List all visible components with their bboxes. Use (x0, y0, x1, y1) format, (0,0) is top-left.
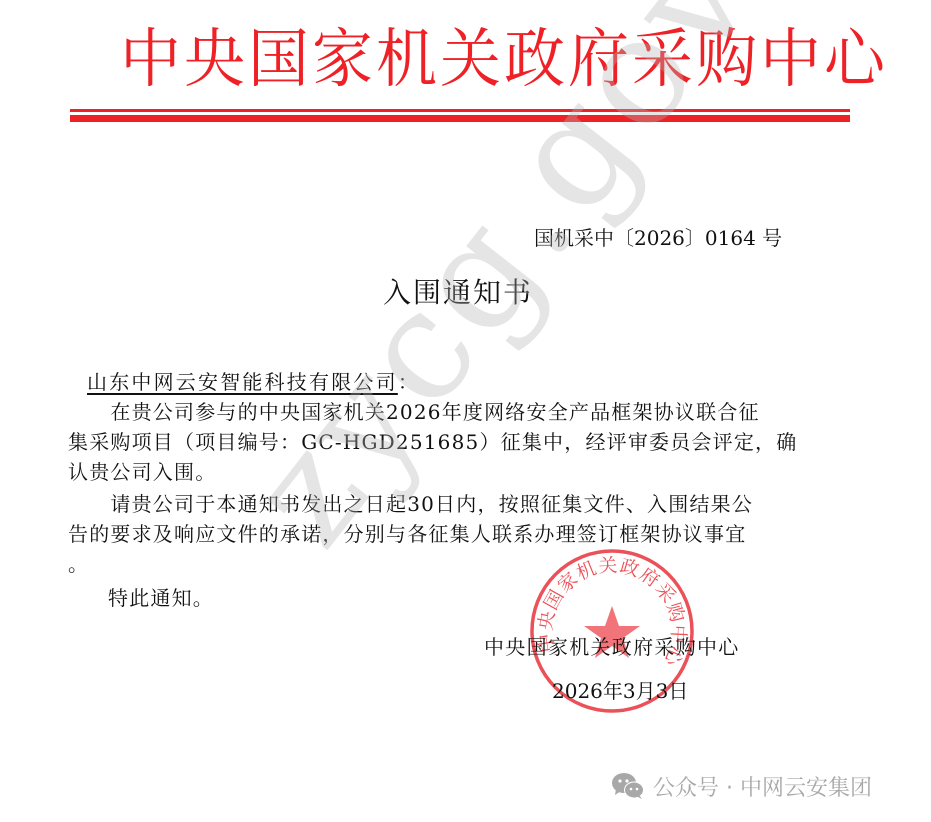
addressee: 山东中网云安智能科技有限公司： (87, 367, 420, 397)
paragraph-line: 在贵公司参与的中央国家机关2026年度网络安全产品框架协议联合征 (68, 397, 838, 427)
masthead-title: 中央国家机关政府采购中心 (120, 18, 810, 102)
signer-organization: 中央国家机关政府采购中心 (484, 632, 740, 662)
header-divider-thick (70, 115, 850, 122)
paragraph-line: 。 (68, 549, 838, 579)
footer-brand: 公众号 · 中网云安集团 (611, 770, 872, 802)
addressee-name: 山东中网云安智能科技有限公司 (87, 370, 398, 394)
wechat-icon (611, 772, 645, 800)
paragraph-line: 集采购项目（项目编号：GC-HGD251685）征集中，经评审委员会评定，确 (68, 427, 838, 457)
footer-label: 公众号 · 中网云安集团 (653, 771, 872, 802)
addressee-colon: ： (398, 370, 420, 394)
paragraph-line: 告的要求及响应文件的承诺，分别与各征集人联系办理签订框架协议事宜 (68, 519, 838, 549)
paragraph-line: 请贵公司于本通知书发出之日起30日内，按照征集文件、入围结果公 (68, 489, 838, 519)
document-title: 入围通知书 (383, 275, 533, 311)
paragraph-instructions: 请贵公司于本通知书发出之日起30日内，按照征集文件、入围结果公 告的要求及响应文… (68, 489, 838, 579)
paragraph-line: 认贵公司入围。 (68, 457, 838, 487)
signing-date: 2026年3月3日 (552, 676, 688, 706)
paragraph-selection-result: 在贵公司参与的中央国家机关2026年度网络安全产品框架协议联合征 集采购项目（项… (68, 397, 838, 487)
document-number: 国机采中〔2026〕0164 号 (534, 224, 782, 252)
header-divider-thin (70, 109, 850, 112)
closing-remark: 特此通知。 (108, 583, 878, 613)
